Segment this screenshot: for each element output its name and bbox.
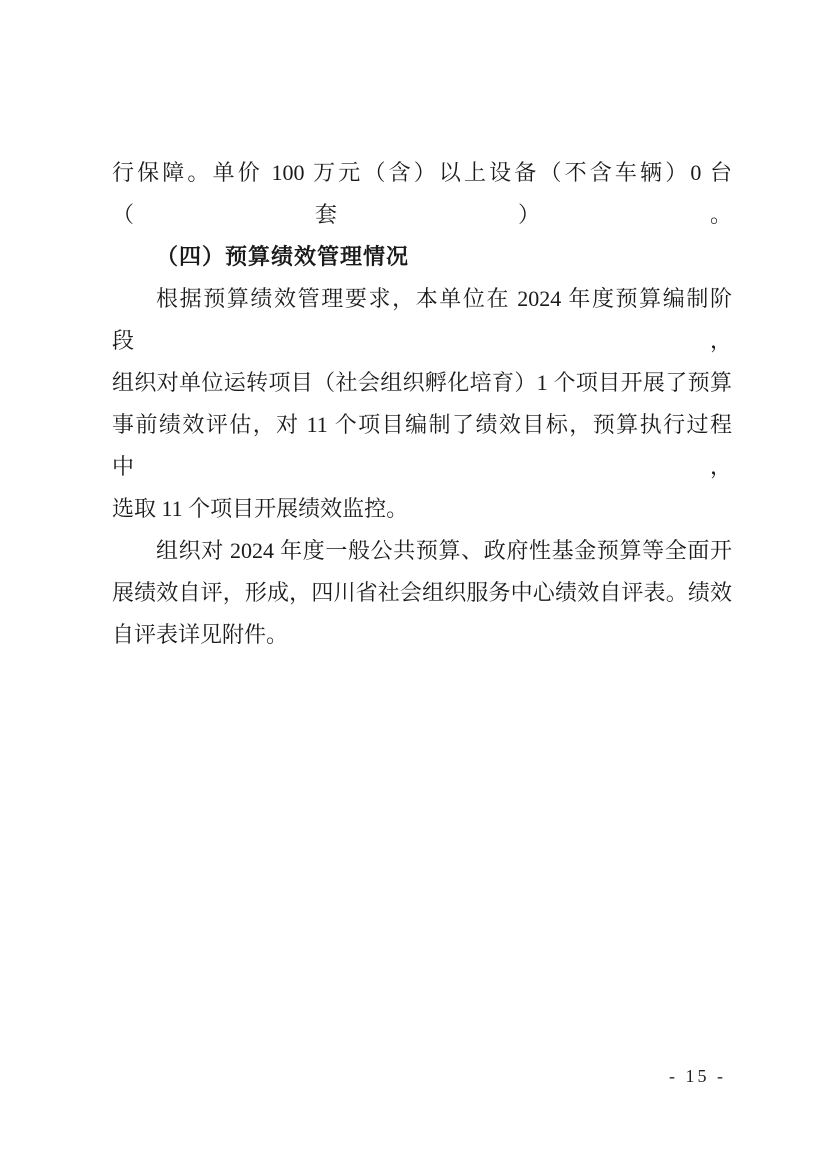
paragraph2-line-1: 组织对 2024 年度一般公共预算、政府性基金预算等全面开 bbox=[112, 530, 732, 572]
body-text-block: 行保障。单价 100 万元（含）以上设备（不含车辆）0 台（套）。 （四）预算绩… bbox=[112, 152, 732, 656]
section-heading: （四）预算绩效管理情况 bbox=[112, 236, 732, 278]
paragraph2-line-3: 自评表详见附件。 bbox=[112, 614, 732, 656]
paragraph1-line-4: 选取 11 个项目开展绩效监控。 bbox=[112, 488, 732, 530]
body-line-carryover: 行保障。单价 100 万元（含）以上设备（不含车辆）0 台（套）。 bbox=[112, 152, 732, 236]
document-page: 行保障。单价 100 万元（含）以上设备（不含车辆）0 台（套）。 （四）预算绩… bbox=[0, 0, 826, 1169]
paragraph1-line-3: 事前绩效评估，对 11 个项目编制了绩效目标，预算执行过程中， bbox=[112, 404, 732, 488]
paragraph1-line-1: 根据预算绩效管理要求，本单位在 2024 年度预算编制阶段， bbox=[112, 278, 732, 362]
page-number: - 15 - bbox=[669, 1066, 726, 1087]
paragraph2-line-2: 展绩效自评，形成，四川省社会组织服务中心绩效自评表。绩效 bbox=[112, 572, 732, 614]
paragraph1-line-2: 组织对单位运转项目（社会组织孵化培育）1 个项目开展了预算 bbox=[112, 362, 732, 404]
